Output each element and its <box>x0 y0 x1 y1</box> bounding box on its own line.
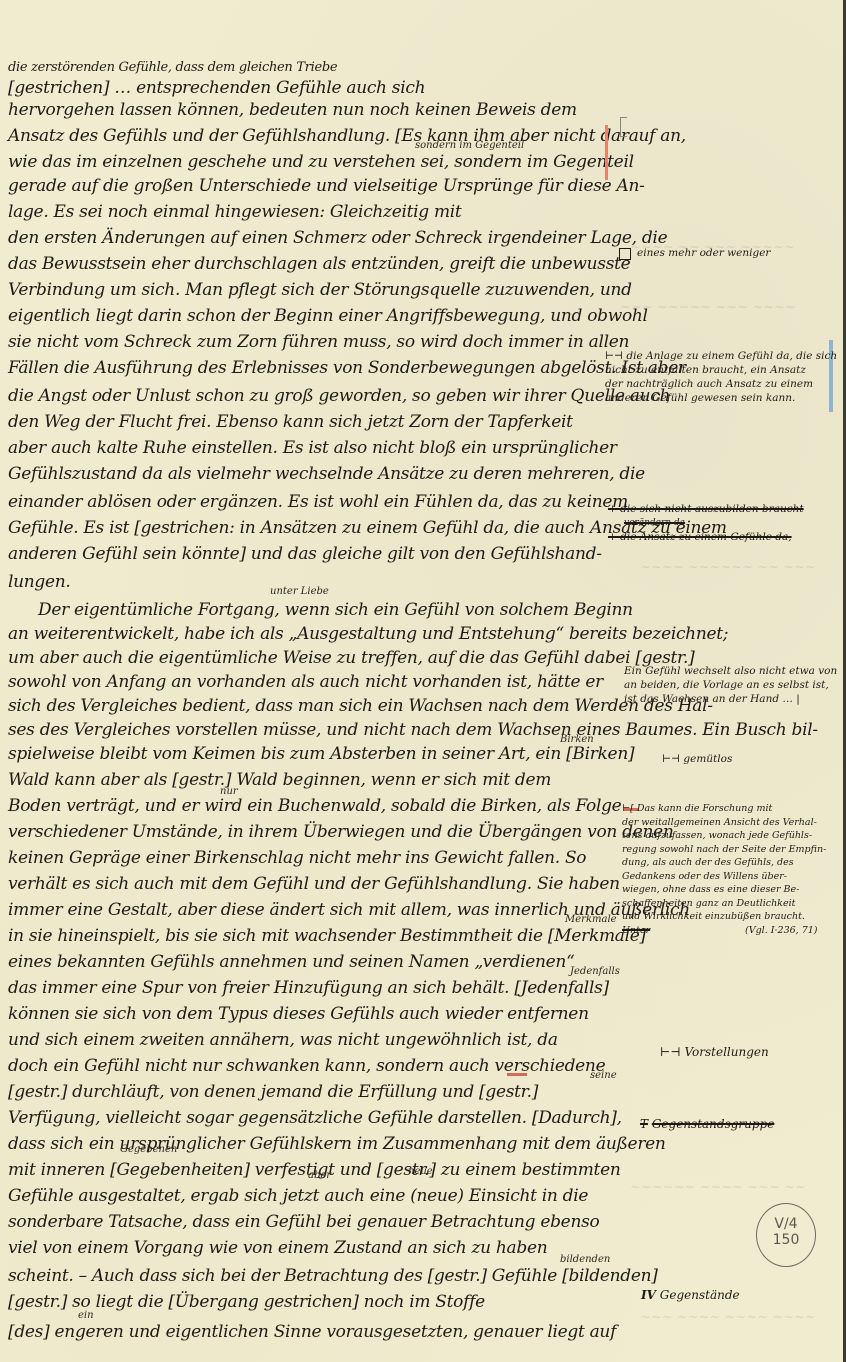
margin-note-gemuetlos: ⊢⊣ gemütlos <box>662 752 732 766</box>
margin-note-ansatz: ⊢⊣ die Anlage zu einem Gefühl da, die si… <box>605 349 837 405</box>
text-line: Gefühlszustand da als vielmehr wechselnd… <box>8 464 645 484</box>
text-line: [des] engeren und eigentlichen Sinne vor… <box>8 1322 616 1342</box>
text-line: den ersten Änderungen auf einen Schmerz … <box>8 228 667 248</box>
interlinear-insertion: nur <box>220 786 238 797</box>
text-line: Gefühle ausgestaltet, ergab sich jetzt a… <box>8 1186 588 1206</box>
archive-stamp: V/4 150 <box>756 1203 816 1267</box>
text-line: die zerstörenden Gefühle, dass dem gleic… <box>8 58 337 78</box>
margin-note-vorstellungen: ⊢⊣ Vorstellungen <box>660 1045 769 1059</box>
margin-note-struck: + die sich nicht auszubilden braucht ver… <box>608 502 804 544</box>
interlinear-insertion: aber <box>308 1170 331 1181</box>
box-reference-icon <box>619 248 631 260</box>
text-line: aber auch kalte Ruhe einstellen. Es ist … <box>8 438 617 458</box>
interlinear-insertion: seine <box>590 1070 617 1081</box>
insertion-marker-icon: ⊢⊣ <box>662 753 680 765</box>
text-line: [gestr.] so liegt die [Übergang gestrich… <box>8 1292 485 1312</box>
text-line: Wald kann aber als [gestr.] Wald beginne… <box>8 770 551 790</box>
text-line: das Bewusstsein eher durchschlagen als e… <box>8 254 630 274</box>
text-line: Der eigentümliche Fortgang, wenn sich ei… <box>38 600 633 620</box>
text-line: anderen Gefühl sein könnte] und das glei… <box>8 544 602 564</box>
interlinear-insertion: unter Liebe <box>270 586 329 597</box>
text-line: spielweise bleibt vom Keimen bis zum Abs… <box>8 744 634 764</box>
text-line: Verbindung um sich. Man pflegt sich der … <box>8 280 632 300</box>
text-line: in sie hineinspielt, bis sie sich mit wa… <box>8 926 646 946</box>
text-line: Ansatz des Gefühls und der Gefühlshandlu… <box>8 126 686 146</box>
text-line: sowohl von Anfang an vorhanden als auch … <box>8 672 603 692</box>
text-line: sich des Vergleiches bedient, dass man s… <box>8 696 713 716</box>
text-line: [gestr.] durchläuft, von denen jemand di… <box>8 1082 538 1102</box>
margin-note-iv: IV Gegenstände <box>641 1288 740 1302</box>
text-line: [gestrichen] … entsprechenden Gefühle au… <box>8 78 425 98</box>
text-line: keinen Gepräge einer Birkenschlag nicht … <box>8 848 586 868</box>
text-line: wie das im einzelnen geschehe und zu ver… <box>8 152 634 172</box>
text-line: scheint. – Auch dass sich bei der Betrac… <box>8 1266 658 1286</box>
text-line: und sich einem zweiten annähern, was nic… <box>8 1030 558 1050</box>
text-line: um aber auch die eigentümliche Weise zu … <box>8 648 694 668</box>
red-pencil-margin-mark <box>605 125 608 180</box>
interlinear-insertion: sondern im Gegenteil <box>415 140 524 151</box>
text-line: können sie sich von dem Typus dieses Gef… <box>8 1004 589 1024</box>
text-line: einander ablösen oder ergänzen. Es ist w… <box>8 492 628 512</box>
show-through-text: ~~~~~~ ~~~~ ~~~ ~~ <box>630 1180 806 1195</box>
insertion-marker-icon: ⊢⊣ <box>605 350 623 362</box>
red-pencil-insertion-mark <box>507 1073 527 1076</box>
text-line: Boden verträgt, und er wird ein Buchenwa… <box>8 796 621 816</box>
text-line: den Weg der Flucht frei. Ebenso kann sic… <box>8 412 573 432</box>
margin-note-gefuehle: Ein Gefühl wechselt also nicht etwa von … <box>624 664 837 706</box>
text-line: viel von einem Vorgang wie von einem Zus… <box>8 1238 547 1258</box>
text-line: gerade auf die großen Unterschiede und v… <box>8 176 645 196</box>
interlinear-insertion: Jedenfalls <box>570 966 620 977</box>
text-line: lungen. <box>8 572 71 592</box>
text-line: verschiedener Umstände, in ihrem Überwie… <box>8 822 674 842</box>
manuscript-page: ~~~~ ~~ ~~~ ~~~~~ ~~~ ~~~~~ ~~~ ~~~~ ~~~… <box>0 0 846 1362</box>
text-line: lage. Es sei noch einmal hingewiesen: Gl… <box>8 202 461 222</box>
text-line: Verfügung, vielleicht sogar gegensätzlic… <box>8 1108 622 1128</box>
text-line: eines bekannten Gefühls annehmen und sei… <box>8 952 574 972</box>
interlinear-insertion: Gegebenen <box>120 1144 177 1155</box>
text-line: das immer eine Spur von freier Hinzufügu… <box>8 978 609 998</box>
text-line: hervorgehen lassen können, bedeuten nun … <box>8 100 577 120</box>
text-line: sie nicht vom Schreck zum Zorn führen mu… <box>8 332 629 352</box>
insertion-marker-icon: ⊢⊣ <box>660 1045 681 1059</box>
gray-pencil-bracket <box>620 117 627 137</box>
text-line: verhält es sich auch mit dem Gefühl und … <box>8 874 620 894</box>
show-through-text: ~~~ ~~~~ ~~~~ ~~~~ <box>640 1310 816 1325</box>
text-line: eigentlich liegt darin schon der Beginn … <box>8 306 648 326</box>
margin-note-bracket: ⊢[ Das kann die Forschung mit der weital… <box>622 802 826 937</box>
interlinear-insertion: neue <box>408 1166 433 1177</box>
interlinear-insertion: Merkmale <box>565 914 617 925</box>
show-through-text: ~~~~ ~~~~~~ ~~ ~~~ <box>640 560 816 575</box>
text-line: die Angst oder Unlust schon zu groß gewo… <box>8 386 670 406</box>
text-line: ses des Vergleiches vorstellen müsse, un… <box>8 720 818 740</box>
text-line: Fällen die Ausführung des Erlebnisses vo… <box>8 358 686 378</box>
text-line: an weiterentwickelt, habe ich als „Ausge… <box>8 624 728 644</box>
text-line: dass sich ein ursprünglicher Gefühlskern… <box>8 1134 666 1154</box>
margin-note-struck-2: T Gegenstandsgruppe <box>640 1117 774 1131</box>
interlinear-insertion: bildenden <box>560 1254 610 1265</box>
interlinear-insertion: Birken <box>560 734 594 745</box>
insertion-marker-icon: ⊢[ <box>622 803 634 814</box>
interlinear-insertion: ein <box>78 1310 94 1321</box>
text-line: sonderbare Tatsache, dass ein Gefühl bei… <box>8 1212 599 1232</box>
margin-note-box: eines mehr oder weniger <box>637 246 770 260</box>
